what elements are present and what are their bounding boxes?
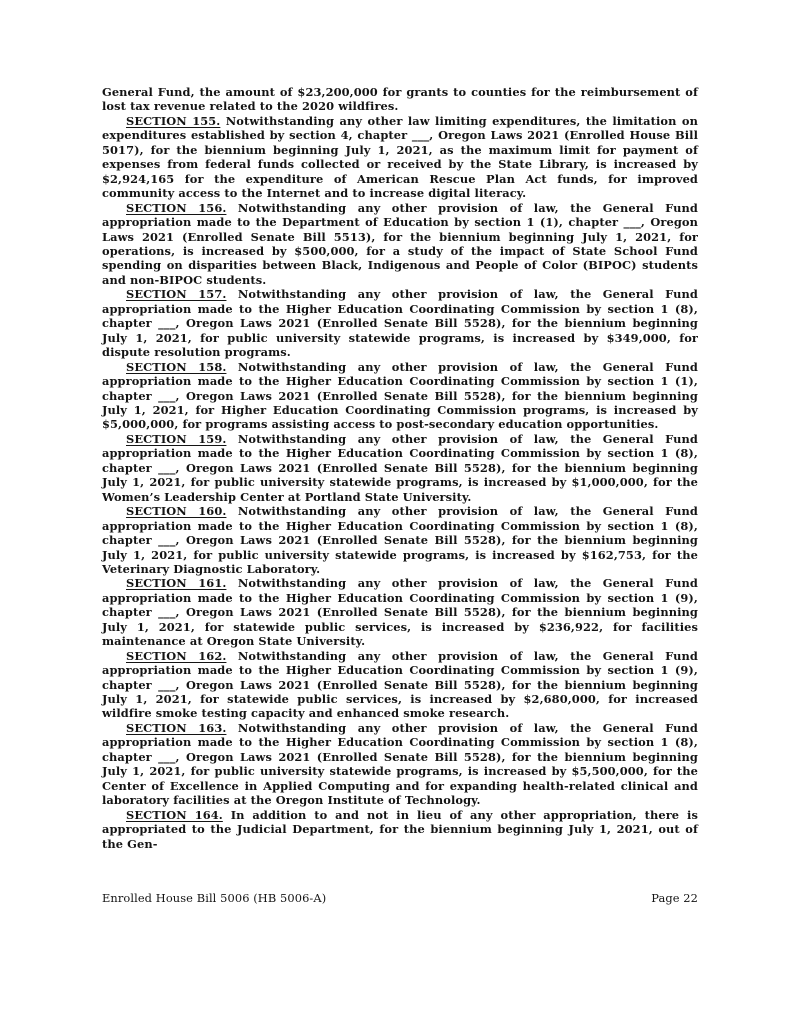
section-heading: SECTION 163. [126, 721, 226, 735]
section-heading: SECTION 162. [126, 649, 226, 663]
section-heading: SECTION 160. [126, 504, 226, 518]
section-heading: SECTION 157. [126, 287, 226, 301]
section-heading: SECTION 159. [126, 432, 226, 446]
section-heading: SECTION 161. [126, 576, 226, 590]
section-paragraph-159: SECTION 159. Notwithstanding any other p… [102, 432, 698, 504]
paragraph-text: General Fund, the amount of $23,200,000 … [102, 85, 698, 113]
paragraph-continuation: General Fund, the amount of $23,200,000 … [102, 85, 698, 114]
section-paragraph-160: SECTION 160. Notwithstanding any other p… [102, 504, 698, 576]
section-heading: SECTION 164. [126, 808, 223, 822]
section-heading: SECTION 158. [126, 360, 226, 374]
section-paragraph-164: SECTION 164. In addition to and not in l… [102, 808, 698, 851]
section-heading: SECTION 156. [126, 201, 226, 215]
section-paragraph-158: SECTION 158. Notwithstanding any other p… [102, 360, 698, 432]
section-paragraph-163: SECTION 163. Notwithstanding any other p… [102, 721, 698, 808]
section-paragraph-161: SECTION 161. Notwithstanding any other p… [102, 576, 698, 648]
footer-bill-title: Enrolled House Bill 5006 (HB 5006-A) [102, 891, 326, 905]
document-page: General Fund, the amount of $23,200,000 … [102, 85, 698, 851]
section-paragraph-162: SECTION 162. Notwithstanding any other p… [102, 649, 698, 721]
page-footer: Enrolled House Bill 5006 (HB 5006-A) Pag… [102, 891, 698, 905]
footer-page-number: Page 22 [651, 891, 698, 905]
section-paragraph-157: SECTION 157. Notwithstanding any other p… [102, 287, 698, 359]
section-paragraph-155: SECTION 155. Notwithstanding any other l… [102, 114, 698, 201]
section-heading: SECTION 155. [126, 114, 220, 128]
section-paragraph-156: SECTION 156. Notwithstanding any other p… [102, 201, 698, 288]
